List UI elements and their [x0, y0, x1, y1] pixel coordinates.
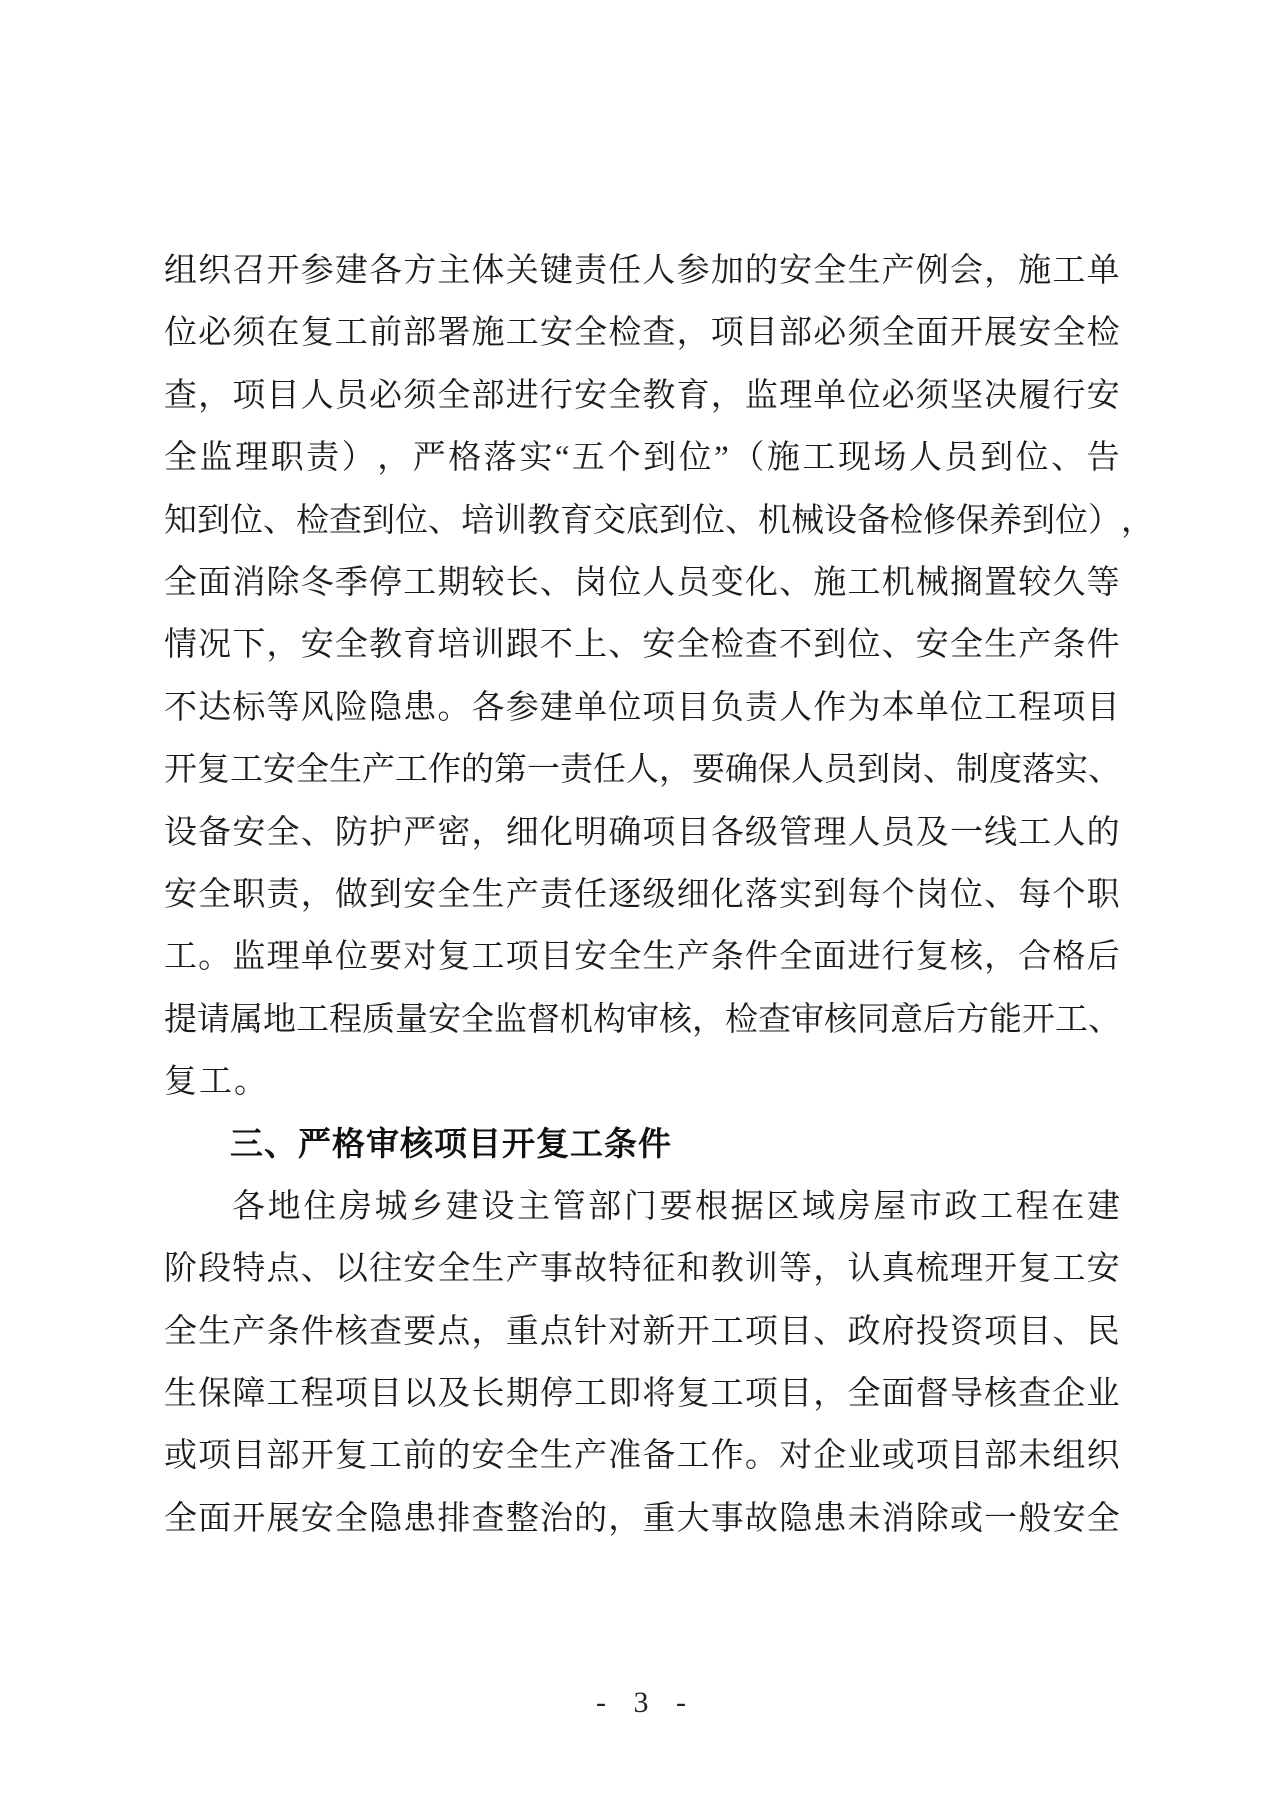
document-page: 组织召开参建各方主体关键责任人参加的安全生产例会，施工单 位必须在复工前部署施工… [0, 0, 1280, 1810]
body-line: 全面开展安全隐患排查整治的，重大事故隐患未消除或一般安全 [164, 1488, 1120, 1550]
body-line: 或项目部开复工前的安全生产准备工作。对企业或项目部未组织 [164, 1425, 1120, 1487]
body-line: 全面消除冬季停工期较长、岗位人员变化、施工机械搁置较久等 [164, 552, 1120, 614]
body-line: 组织召开参建各方主体关键责任人参加的安全生产例会，施工单 [164, 240, 1120, 302]
body-line: 设备安全、防护严密，细化明确项目各级管理人员及一线工人的 [164, 802, 1120, 864]
document-text-block: 组织召开参建各方主体关键责任人参加的安全生产例会，施工单 位必须在复工前部署施工… [164, 240, 1120, 1550]
section-heading: 三、严格审核项目开复工条件 [164, 1113, 1120, 1175]
body-line: 生保障工程项目以及长期停工即将复工项目，全面督导核查企业 [164, 1363, 1120, 1425]
body-line: 位必须在复工前部署施工安全检查，项目部必须全面开展安全检 [164, 302, 1120, 364]
body-line: 各地住房城乡建设主管部门要根据区域房屋市政工程在建 [164, 1176, 1120, 1238]
body-line: 阶段特点、以往安全生产事故特征和教训等，认真梳理开复工安 [164, 1238, 1120, 1300]
page-number: - 3 - [0, 1686, 1280, 1720]
body-line: 不达标等风险隐患。各参建单位项目负责人作为本单位工程项目 [164, 677, 1120, 739]
body-line: 知到位、检查到位、培训教育交底到位、机械设备检修保养到位）， [164, 490, 1120, 552]
body-line: 工。监理单位要对复工项目安全生产条件全面进行复核，合格后 [164, 926, 1120, 988]
body-line: 全监理职责），严格落实“五个到位”（施工现场人员到位、告 [164, 427, 1120, 489]
body-line: 安全职责，做到安全生产责任逐级细化落实到每个岗位、每个职 [164, 864, 1120, 926]
body-line: 复工。 [164, 1051, 1120, 1113]
body-line: 查，项目人员必须全部进行安全教育，监理单位必须坚决履行安 [164, 365, 1120, 427]
body-line: 全生产条件核查要点，重点针对新开工项目、政府投资项目、民 [164, 1301, 1120, 1363]
body-line: 开复工安全生产工作的第一责任人，要确保人员到岗、制度落实、 [164, 739, 1120, 801]
body-line: 情况下，安全教育培训跟不上、安全检查不到位、安全生产条件 [164, 614, 1120, 676]
body-line: 提请属地工程质量安全监督机构审核，检查审核同意后方能开工、 [164, 989, 1120, 1051]
